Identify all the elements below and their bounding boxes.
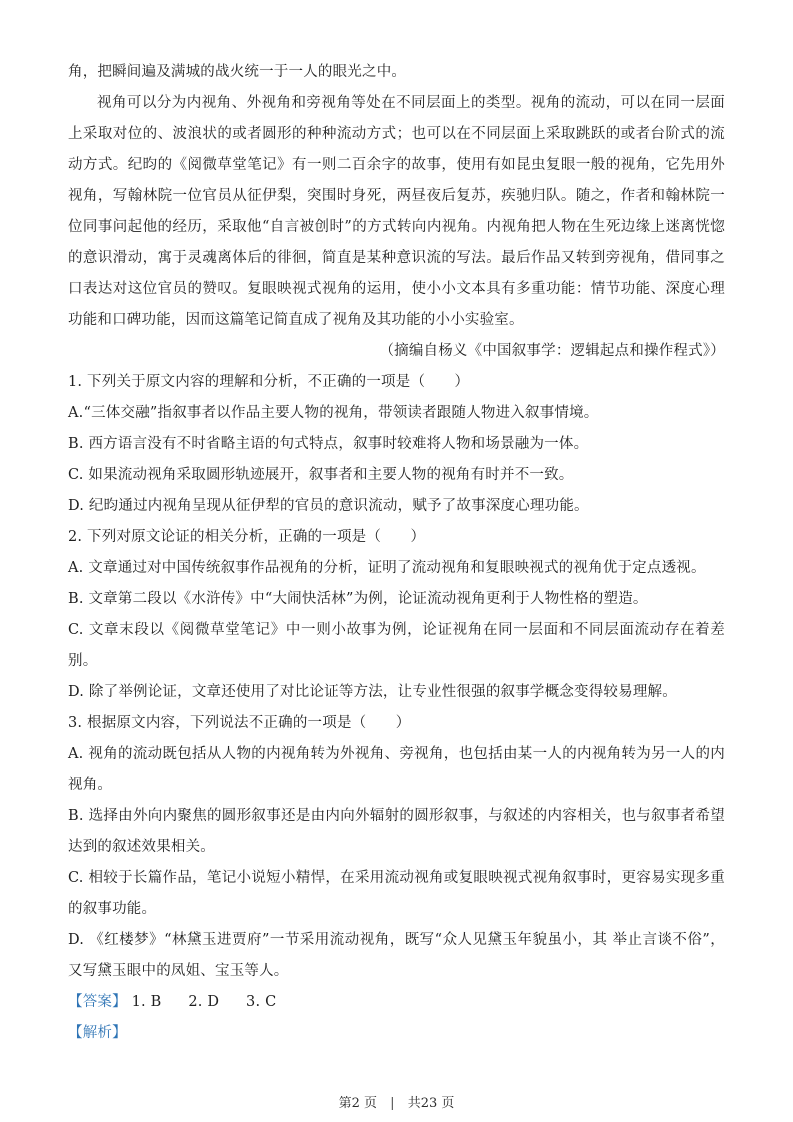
question-1-option-d: D. 纪昀通过内视角呈现从征伊犁的官员的意识流动，赋予了故事深度心理功能。 [68,491,725,522]
answer-item-2: 2. D [188,987,219,1018]
passage-attribution: （摘编自杨义《中国叙事学：逻辑起点和操作程式》） [68,336,725,367]
answer-item-3: 3. C [246,987,276,1018]
question-1-option-a: A.“三体交融”指叙事者以作品主要人物的视角，带领读者跟随人物进入叙事情境。 [68,398,725,429]
analysis-line: 【解析】 [68,1018,725,1049]
footer-total-pages: 共23 页 [408,1096,455,1111]
question-1-stem: 1. 下列关于原文内容的理解和分析，不正确的一项是（ ） [68,367,725,398]
question-2-option-c: C. 文章末段以《阅微草堂笔记》中一则小故事为例，论证视角在同一层面和不同层面流… [68,615,725,677]
question-3-option-a: A. 视角的流动既包括从人物的内视角转为外视角、旁视角，也包括由某一人的内视角转… [68,739,725,801]
question-3-option-b: B. 选择由外向内聚焦的圆形叙事还是由内向外辐射的圆形叙事，与叙述的内容相关，也… [68,801,725,863]
question-3-stem: 3. 根据原文内容，下列说法不正确的一项是（ ） [68,708,725,739]
exam-paper-page: 角，把瞬间遍及满城的战火统一于一人的眼光之中。 视角可以分为内视角、外视角和旁视… [0,0,793,1122]
answer-line: 【答案】 1. B 2. D 3. C [68,987,725,1018]
question-3-option-c: C. 相较于长篇作品，笔记小说短小精悍，在采用流动视角或复眼映视式视角叙事时，更… [68,863,725,925]
footer-current-page: 第2 页 [339,1096,377,1111]
answer-label: 【答案】 [68,994,127,1010]
question-2-option-b: B. 文章第二段以《水浒传》中“大闹快活林”为例，论证流动视角更利于人物性格的塑… [68,584,725,615]
question-3-option-d: D. 《红楼梦》“林黛玉进贾府”一节采用流动视角，既写“众人见黛玉年貌虽小，其 … [68,925,725,987]
question-2-option-d: D. 除了举例论证，文章还使用了对比论证等方法，让专业性很强的叙事学概念变得较易… [68,677,725,708]
page-footer: 第2 页 | 共23 页 [0,1095,793,1113]
question-1-option-c: C. 如果流动视角采取圆形轨迹展开，叙事者和主要人物的视角有时并不一致。 [68,460,725,491]
answer-item-1: 1. B [132,987,162,1018]
question-1-option-b: B. 西方语言没有不时省略主语的句式特点，叙事时较难将人物和场景融为一体。 [68,429,725,460]
passage-continuation-line: 角，把瞬间遍及满城的战火统一于一人的眼光之中。 [68,57,725,88]
question-2-stem: 2. 下列对原文论证的相关分析，正确的一项是（ ） [68,522,725,553]
passage-paragraph: 视角可以分为内视角、外视角和旁视角等处在不同层面上的类型。视角的流动，可以在同一… [68,88,725,336]
question-2-option-a: A. 文章通过对中国传统叙事作品视角的分析，证明了流动视角和复眼映视式的视角优于… [68,553,725,584]
footer-separator: | [390,1095,394,1113]
analysis-label: 【解析】 [68,1025,127,1041]
exam-content: 角，把瞬间遍及满城的战火统一于一人的眼光之中。 视角可以分为内视角、外视角和旁视… [68,57,725,1049]
